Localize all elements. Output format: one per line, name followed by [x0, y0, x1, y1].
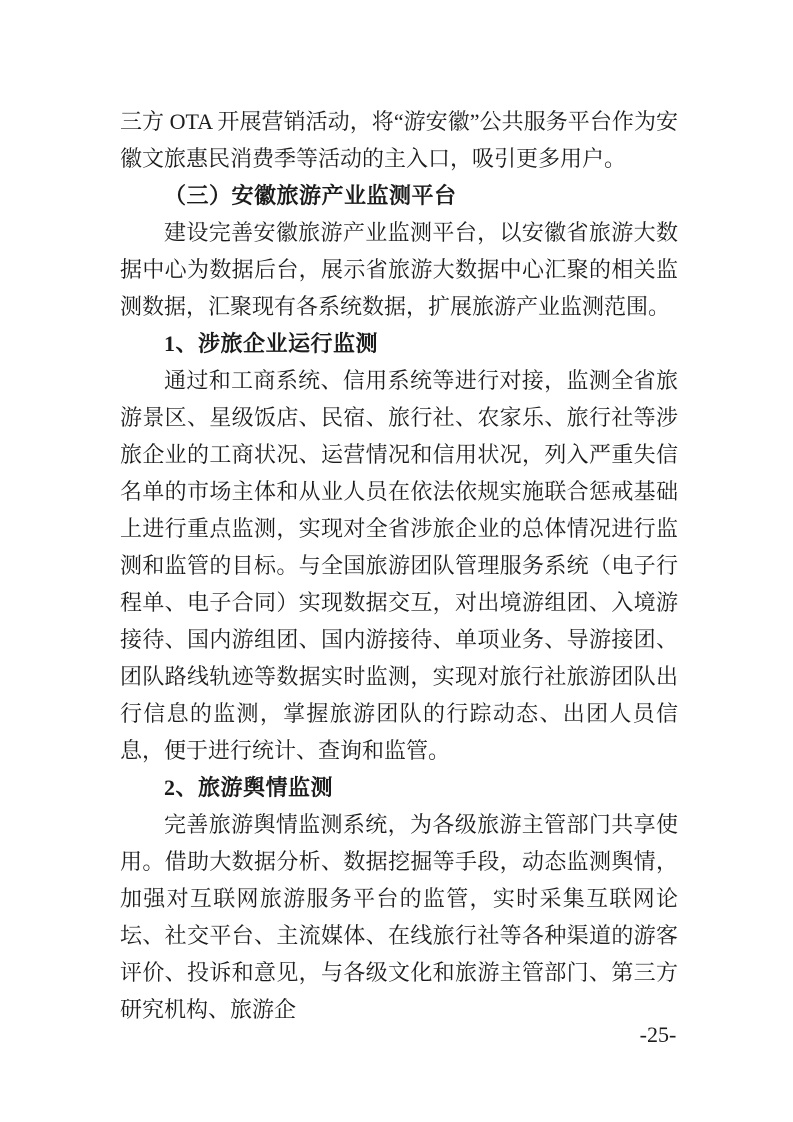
body-paragraph: 完善旅游舆情监测系统，为各级旅游主管部门共享使用。借助大数据分析、数据挖掘等手段… — [120, 806, 678, 1028]
document-text: 三方 OTA 开展营销活动，将“游安徽”公共服务平台作为安徽文旅惠民消费季等活动… — [120, 103, 678, 1028]
document-page: 三方 OTA 开展营销活动，将“游安徽”公共服务平台作为安徽文旅惠民消费季等活动… — [0, 0, 793, 1122]
page-number: -25- — [628, 1020, 688, 1050]
body-paragraph: 建设完善安徽旅游产业监测平台，以安徽省旅游大数据中心为数据后台，展示省旅游大数据… — [120, 214, 678, 325]
body-paragraph: 通过和工商系统、信用系统等进行对接，监测全省旅游景区、星级饭店、民宿、旅行社、农… — [120, 362, 678, 769]
section-heading: 1、涉旅企业运行监测 — [120, 325, 678, 362]
section-heading: 2、旅游舆情监测 — [120, 769, 678, 806]
body-paragraph: 三方 OTA 开展营销活动，将“游安徽”公共服务平台作为安徽文旅惠民消费季等活动… — [120, 103, 678, 177]
section-heading: （三）安徽旅游产业监测平台 — [120, 177, 678, 214]
